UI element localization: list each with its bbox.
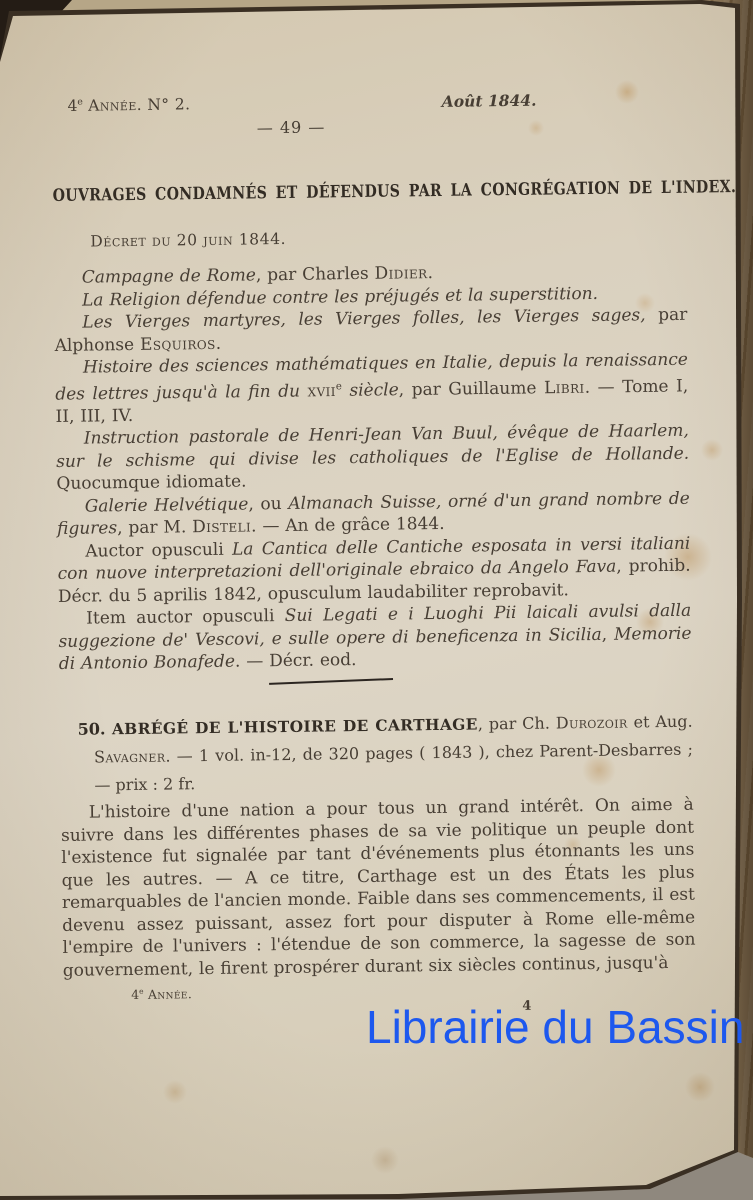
condemned-work-item: Item auctor opusculi Sui Legati e i Luog… bbox=[58, 600, 692, 676]
condemned-work-item: Instruction pastorale de Henri-Jean Van … bbox=[56, 420, 690, 496]
condemned-work-item: Histoire des sciences mathématiques en I… bbox=[55, 349, 689, 428]
condemned-work-item: Auctor opusculi La Cantica delle Cantich… bbox=[57, 532, 691, 608]
page-footer: 4e Année. bbox=[63, 980, 696, 1003]
decree-line: Décret du 20 juin 1844. bbox=[90, 225, 686, 251]
masthead: 4e Année. N° 2. Août 1844. bbox=[51, 89, 684, 116]
footer-volume: 4e Année. bbox=[131, 986, 192, 1002]
printed-content: 4e Année. N° 2. Août 1844. — 49 — OUVRAG… bbox=[50, 0, 696, 1003]
issue-date: Août 1844. bbox=[442, 91, 537, 111]
section-divider bbox=[269, 678, 393, 685]
bookseller-watermark: Librairie du Bassin bbox=[366, 1004, 744, 1050]
review-heading: 50. ABRÉGÉ DE L'HISTOIRE DE CARTHAGE, pa… bbox=[59, 708, 693, 800]
section-title: OUVRAGES CONDAMNÉS ET DÉFENDUS PAR LA CO… bbox=[53, 179, 579, 206]
review-body: L'histoire d'une nation a pour tous un g… bbox=[61, 794, 696, 982]
issue-label: 4e Année. N° 2. bbox=[67, 95, 190, 116]
book-photo: 4e Année. N° 2. Août 1844. — 49 — OUVRAG… bbox=[0, 0, 753, 1200]
condemned-works-list: Campagne de Rome, par Charles Didier. La… bbox=[54, 259, 692, 676]
page-number: — 49 — bbox=[257, 113, 685, 138]
